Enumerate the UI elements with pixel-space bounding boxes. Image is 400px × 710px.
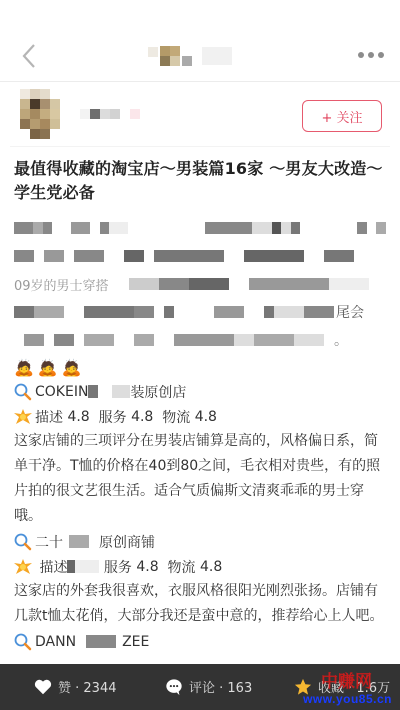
status-bar-area: [0, 0, 400, 32]
author-row: + 关注: [10, 82, 390, 147]
shop-name-line: 二十 原创商铺: [14, 529, 386, 554]
search-icon: [14, 383, 32, 401]
shop-name-suffix: ZEE: [122, 634, 149, 650]
like-button[interactable]: 赞 · 2344: [34, 677, 116, 696]
emoji-row: 🙇 🙇 🙇: [14, 355, 386, 379]
navbar: [0, 32, 400, 82]
post-content: 最值得收藏的淘宝店～男装篇16家 ～男友大改造～学生党必备 09岁的男士穿搭 尾…: [0, 157, 400, 654]
blurred-intro: 09岁的男士穿搭 尾会 。: [14, 215, 386, 353]
intro-fragment: 。: [334, 330, 348, 350]
bottom-action-bar: 赞 · 2344 评论 · 163 收藏 · 1.6万 中赚网 www.you8…: [0, 664, 400, 710]
shop-name: 二十: [35, 532, 63, 552]
bow-emoji-icon: 🙇: [14, 358, 34, 377]
post-title: 最值得收藏的淘宝店～男装篇16家 ～男友大改造～学生党必备: [14, 157, 386, 205]
more-button[interactable]: [358, 52, 384, 58]
shop-review: 这家店铺的三项评分在男装店铺算是高的，风格偏日系，简单干净。T恤的价格在40到8…: [14, 429, 386, 529]
shop-name-line: DANN ZEE: [14, 629, 386, 654]
intro-fragment: 尾会: [336, 302, 364, 322]
shop-name-line: COKEIN 装原创店: [14, 379, 386, 404]
follow-button[interactable]: + 关注: [302, 100, 382, 132]
more-dots-icon: [358, 52, 364, 58]
shop-name: DANN: [35, 634, 76, 650]
search-icon: [14, 633, 32, 651]
nav-title-blurred: [148, 46, 232, 66]
search-icon: [14, 533, 32, 551]
heart-icon: [34, 678, 52, 696]
avatar[interactable]: [20, 89, 60, 139]
ratings-line: 描述 服务 4.8 物流 4.8: [14, 554, 386, 579]
shop-name-suffix: 装原创店: [130, 382, 186, 402]
bow-emoji-icon: 🙇: [38, 358, 58, 377]
chevron-left-icon: [20, 42, 40, 70]
author-name-blurred[interactable]: [80, 109, 140, 119]
shop-review: 这家店的外套我很喜欢，衣服风格很阳光刚烈张扬。店铺有几款t恤太花俏，大部分我还是…: [14, 579, 386, 629]
sparkle-icon: [14, 559, 32, 575]
back-button[interactable]: [20, 42, 48, 72]
bow-emoji-icon: 🙇: [62, 358, 82, 377]
comment-button[interactable]: 评论 · 163: [165, 677, 252, 696]
comment-icon: [165, 678, 183, 696]
watermark-url: www.you85.cn: [303, 692, 392, 706]
shop-name-suffix: 原创商铺: [99, 532, 155, 552]
intro-fragment: 09岁的男士穿搭: [14, 275, 129, 294]
shop-name: COKEIN: [35, 384, 88, 400]
sparkle-icon: [14, 409, 32, 425]
watermark-cn: 中赚网: [321, 667, 372, 692]
ratings-line: 描述 4.8 服务 4.8 物流 4.8: [14, 404, 386, 429]
